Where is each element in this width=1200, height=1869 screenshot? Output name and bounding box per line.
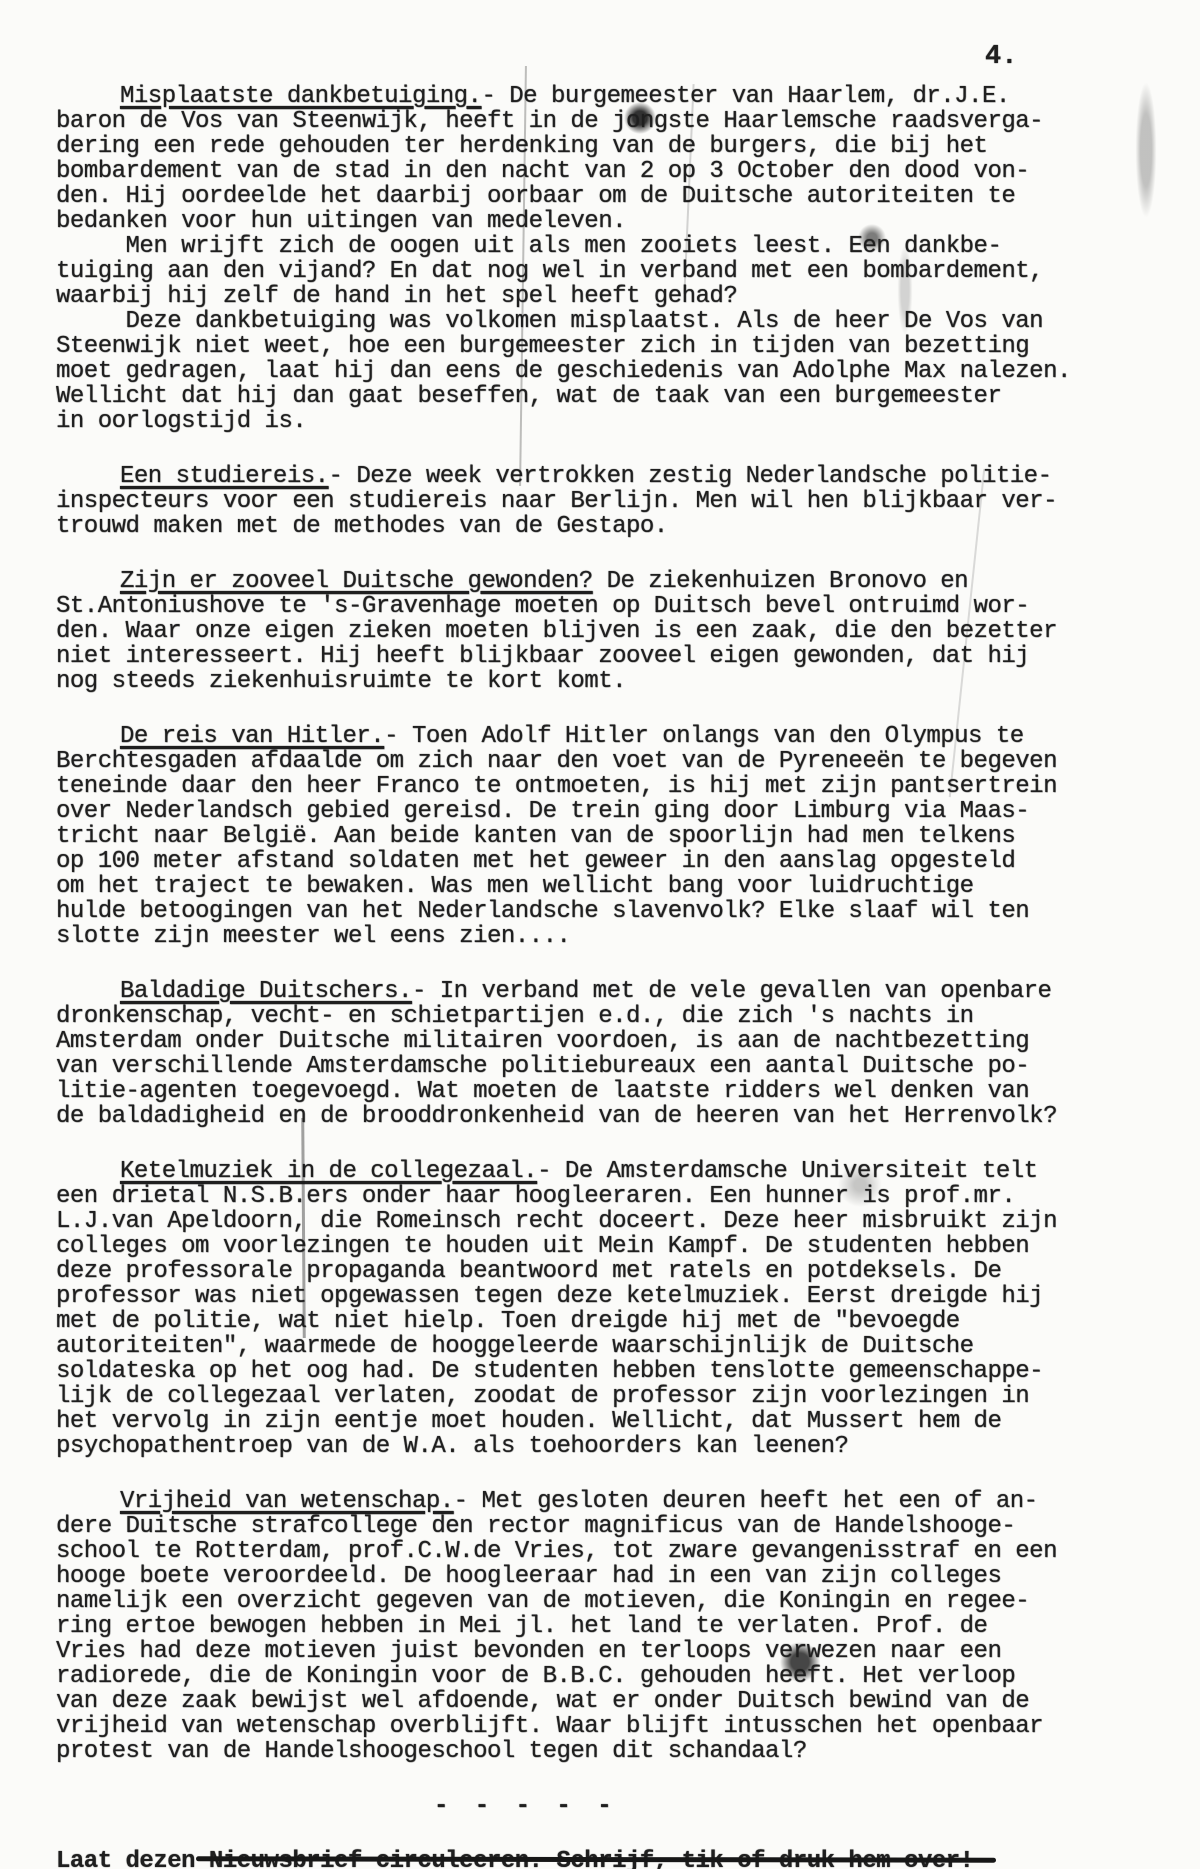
page-number: 4. <box>985 42 1017 72</box>
section-heading: Misplaatste dankbetuiging. <box>120 83 481 110</box>
section-text: - De Amsterdamsche Universiteit telt een… <box>56 1158 1057 1460</box>
section-baldadige-duitschers: Baldadige Duitschers.- In verband met de… <box>56 979 1126 1129</box>
section-ketelmuziek-in-de-collegezaal: Ketelmuziek in de collegezaal.- De Amste… <box>56 1159 1126 1459</box>
section-de-reis-van-hitler: De reis van Hitler.- Toen Adolf Hitler o… <box>56 724 1126 949</box>
section-heading: Baldadige Duitschers. <box>120 978 412 1005</box>
document-body: Misplaatste dankbetuiging.- De burgemees… <box>56 84 1126 1869</box>
section-een-studiereis: Een studiereis.- Deze week vertrokken ze… <box>56 464 1126 539</box>
section-heading: Een studiereis. <box>120 463 329 490</box>
section-heading: Ketelmuziek in de collegezaal. <box>120 1158 537 1185</box>
end-separator-dashes: - - - - - <box>56 1794 1126 1819</box>
section-heading: Vrijheid van wetenschap. <box>120 1488 454 1515</box>
section-heading: Zijn er zooveel Duitsche gewonden? <box>120 568 593 595</box>
section-vrijheid-van-wetenschap: Vrijheid van wetenschap.- Met gesloten d… <box>56 1489 1126 1764</box>
section-misplaatste-dankbetuiging: Misplaatste dankbetuiging.- De burgemees… <box>56 84 1126 434</box>
section-text: - De burgemeester van Haarlem, dr.J.E. b… <box>56 83 1071 435</box>
scanned-newsletter-page: 4. Misplaatste dankbetuiging.- De burgem… <box>0 0 1200 1869</box>
section-text: - Toen Adolf Hitler onlangs van den Olym… <box>56 723 1057 950</box>
section-text: - Met gesloten deuren heeft het een of a… <box>56 1488 1057 1765</box>
section-heading: De reis van Hitler. <box>120 723 384 750</box>
